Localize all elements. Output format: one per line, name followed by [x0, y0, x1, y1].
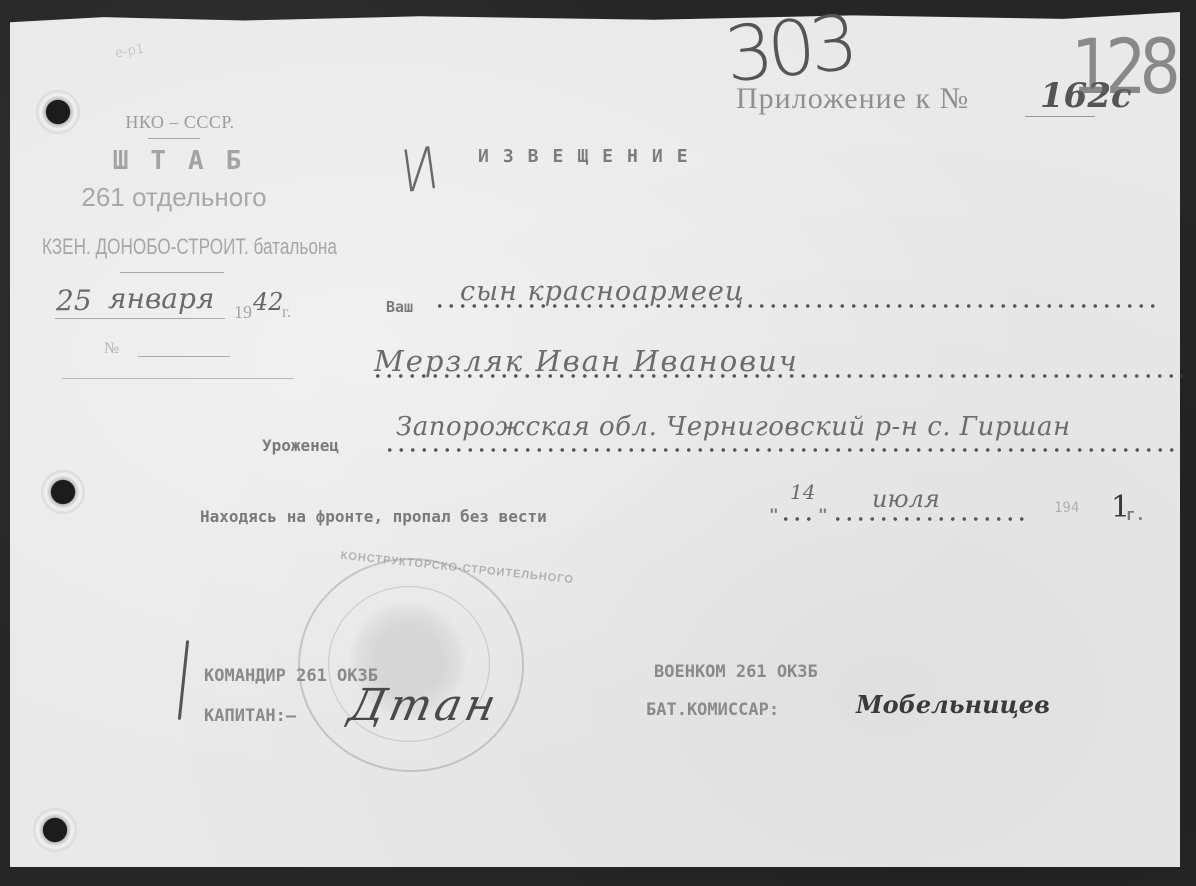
body-native-label: Уроженец	[262, 436, 339, 455]
body-missing-year-typed: 194	[1054, 500, 1079, 516]
letterhead-bottom-line	[62, 378, 294, 379]
letterhead-date-year: 42	[253, 288, 284, 316]
letterhead-date-year-end: г.	[282, 304, 291, 322]
letterhead-date-day: 25	[56, 284, 92, 317]
punch-hole-top	[36, 90, 80, 134]
commissar-label: БАТ.КОМИССАР:	[646, 700, 779, 720]
appendix-label: Приложение к №	[736, 82, 969, 116]
commander-signature: Дтан	[345, 680, 505, 731]
body-birthplace: Запорожская обл. Черниговский р-н с. Гир…	[396, 412, 1071, 442]
body-date-quote-open: "	[769, 505, 779, 524]
punch-hole-bottom	[33, 808, 77, 852]
body-your-label: Ваш	[386, 298, 413, 316]
body-full-name: Мерзляк Иван Иванович	[374, 344, 799, 378]
commissar-signature: Мобельницев	[856, 690, 1050, 719]
letterhead-nko: НКО – СССР.	[110, 112, 250, 133]
letterhead-date-year-prefix: 19	[234, 302, 252, 323]
commissar-unit-title: ВОЕНКОМ 261 ОКЗБ	[654, 662, 818, 682]
body-missing-day: 14	[790, 480, 815, 504]
letterhead-date-month: января	[108, 282, 214, 315]
letterhead-battalion: КЗЕН. ДОНОБО-СТРОИТ. батальона	[42, 234, 337, 260]
appendix-underline	[1025, 116, 1095, 117]
body-year-end: г.	[1126, 505, 1145, 524]
body-missing-statement: Находясь на фронте, пропал без вести	[200, 507, 547, 526]
letterhead-rule-2	[120, 272, 224, 273]
letterhead-number-label: №	[104, 340, 119, 358]
letterhead-unit: 261 отдельного	[64, 182, 284, 213]
punch-hole-middle	[41, 470, 85, 514]
appendix-number: 128	[1071, 22, 1174, 111]
body-relation-rank: сын красноармеец	[460, 276, 745, 307]
letterhead-shtab: ШТАБ	[88, 146, 288, 176]
body-date-quote-close: "	[818, 505, 828, 524]
letterhead-number-line	[138, 356, 230, 357]
body-missing-month: июля	[872, 485, 940, 513]
body-day-dots	[780, 517, 814, 521]
letterhead-date-underline	[55, 318, 225, 319]
captain-label: КАПИТАН:–	[204, 706, 296, 726]
commander-title: КОМАНДИР 261 ОКЗБ	[204, 666, 378, 686]
document-title: ИЗВЕЩЕНИЕ	[478, 146, 702, 167]
body-month-dots	[832, 517, 1028, 521]
body-line3-dots	[384, 448, 1176, 452]
letterhead-rule-1	[148, 138, 200, 139]
